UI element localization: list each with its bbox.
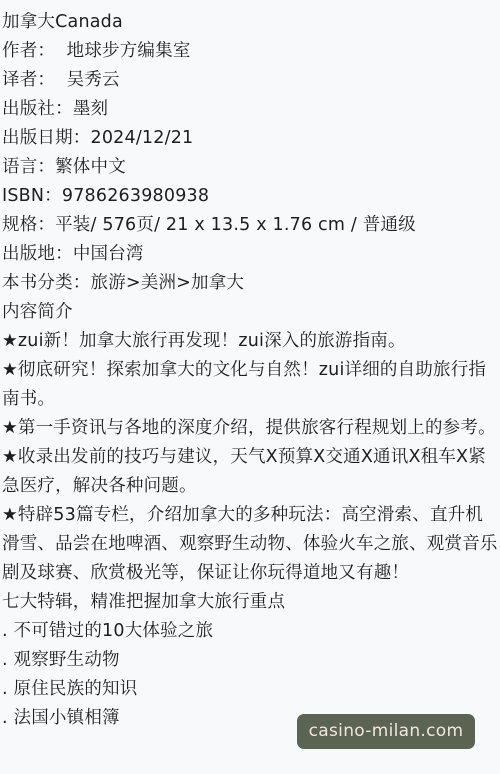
- meta-value: 中国台湾: [73, 244, 144, 264]
- meta-isbn: ISBN：9786263980938: [2, 182, 498, 211]
- highlight-item: ★第一手资讯与各地的深度介绍，提供旅客行程规划上的参考。: [2, 414, 498, 443]
- book-metadata: 作者： 地球步方编集室 译者： 吴秀云 出版社：墨刻 出版日期：2024/12/…: [2, 37, 498, 298]
- meta-value: 平装/ 576页/ 21 x 13.5 x 1.76 cm / 普通级: [55, 215, 416, 235]
- meta-translator: 译者： 吴秀云: [2, 66, 498, 95]
- highlight-item: ★zui新！加拿大旅行再发现！zui深入的旅游指南。: [2, 327, 498, 356]
- meta-value: 旅游>美洲>加拿大: [91, 273, 245, 293]
- highlight-item: ★特辟53篇专栏，介绍加拿大的多种玩法：高空滑索、直升机滑雪、品尝在地啤酒、观察…: [2, 501, 498, 588]
- meta-label: 译者：: [2, 70, 55, 90]
- feature-item: . 不可错过的10大体验之旅: [2, 617, 498, 646]
- watermark-badge: casino-milan.com: [297, 714, 475, 749]
- meta-value: 地球步方编集室: [55, 41, 190, 61]
- meta-value: 2024/12/21: [91, 128, 194, 148]
- highlights-list: ★zui新！加拿大旅行再发现！zui深入的旅游指南。 ★彻底研究！探索加拿大的文…: [2, 327, 498, 588]
- features-heading: 七大特辑，精准把握加拿大旅行重点: [2, 588, 498, 617]
- meta-publish-date: 出版日期：2024/12/21: [2, 124, 498, 153]
- feature-item: . 观察野生动物: [2, 646, 498, 675]
- book-title: 加拿大Canada: [2, 8, 498, 37]
- highlight-item: ★彻底研究！探索加拿大的文化与自然！zui详细的自助旅行指南书。: [2, 356, 498, 414]
- meta-value: 9786263980938: [62, 186, 209, 206]
- meta-value: 繁体中文: [55, 157, 126, 177]
- meta-value: 吴秀云: [55, 70, 120, 90]
- meta-spec: 规格：平装/ 576页/ 21 x 13.5 x 1.76 cm / 普通级: [2, 211, 498, 240]
- meta-label: 作者：: [2, 41, 55, 61]
- meta-language: 语言：繁体中文: [2, 153, 498, 182]
- book-info-document: 加拿大Canada 作者： 地球步方编集室 译者： 吴秀云 出版社：墨刻 出版日…: [2, 8, 498, 733]
- feature-item: . 原住民族的知识: [2, 675, 498, 704]
- meta-category: 本书分类：旅游>美洲>加拿大: [2, 269, 498, 298]
- meta-label: 语言：: [2, 157, 55, 177]
- meta-label: ISBN：: [2, 186, 62, 206]
- meta-label: 本书分类：: [2, 273, 91, 293]
- meta-value: 墨刻: [73, 99, 108, 119]
- meta-label: 规格：: [2, 215, 55, 235]
- meta-label: 出版日期：: [2, 128, 91, 148]
- meta-label: 出版社：: [2, 99, 73, 119]
- highlight-item: ★收录出发前的技巧与建议，天气X预算X交通X通讯X租车X紧急医疗，解决各种问题。: [2, 443, 498, 501]
- meta-label: 出版地：: [2, 244, 73, 264]
- meta-author: 作者： 地球步方编集室: [2, 37, 498, 66]
- meta-publish-place: 出版地：中国台湾: [2, 240, 498, 269]
- meta-publisher: 出版社：墨刻: [2, 95, 498, 124]
- intro-heading: 内容简介: [2, 298, 498, 327]
